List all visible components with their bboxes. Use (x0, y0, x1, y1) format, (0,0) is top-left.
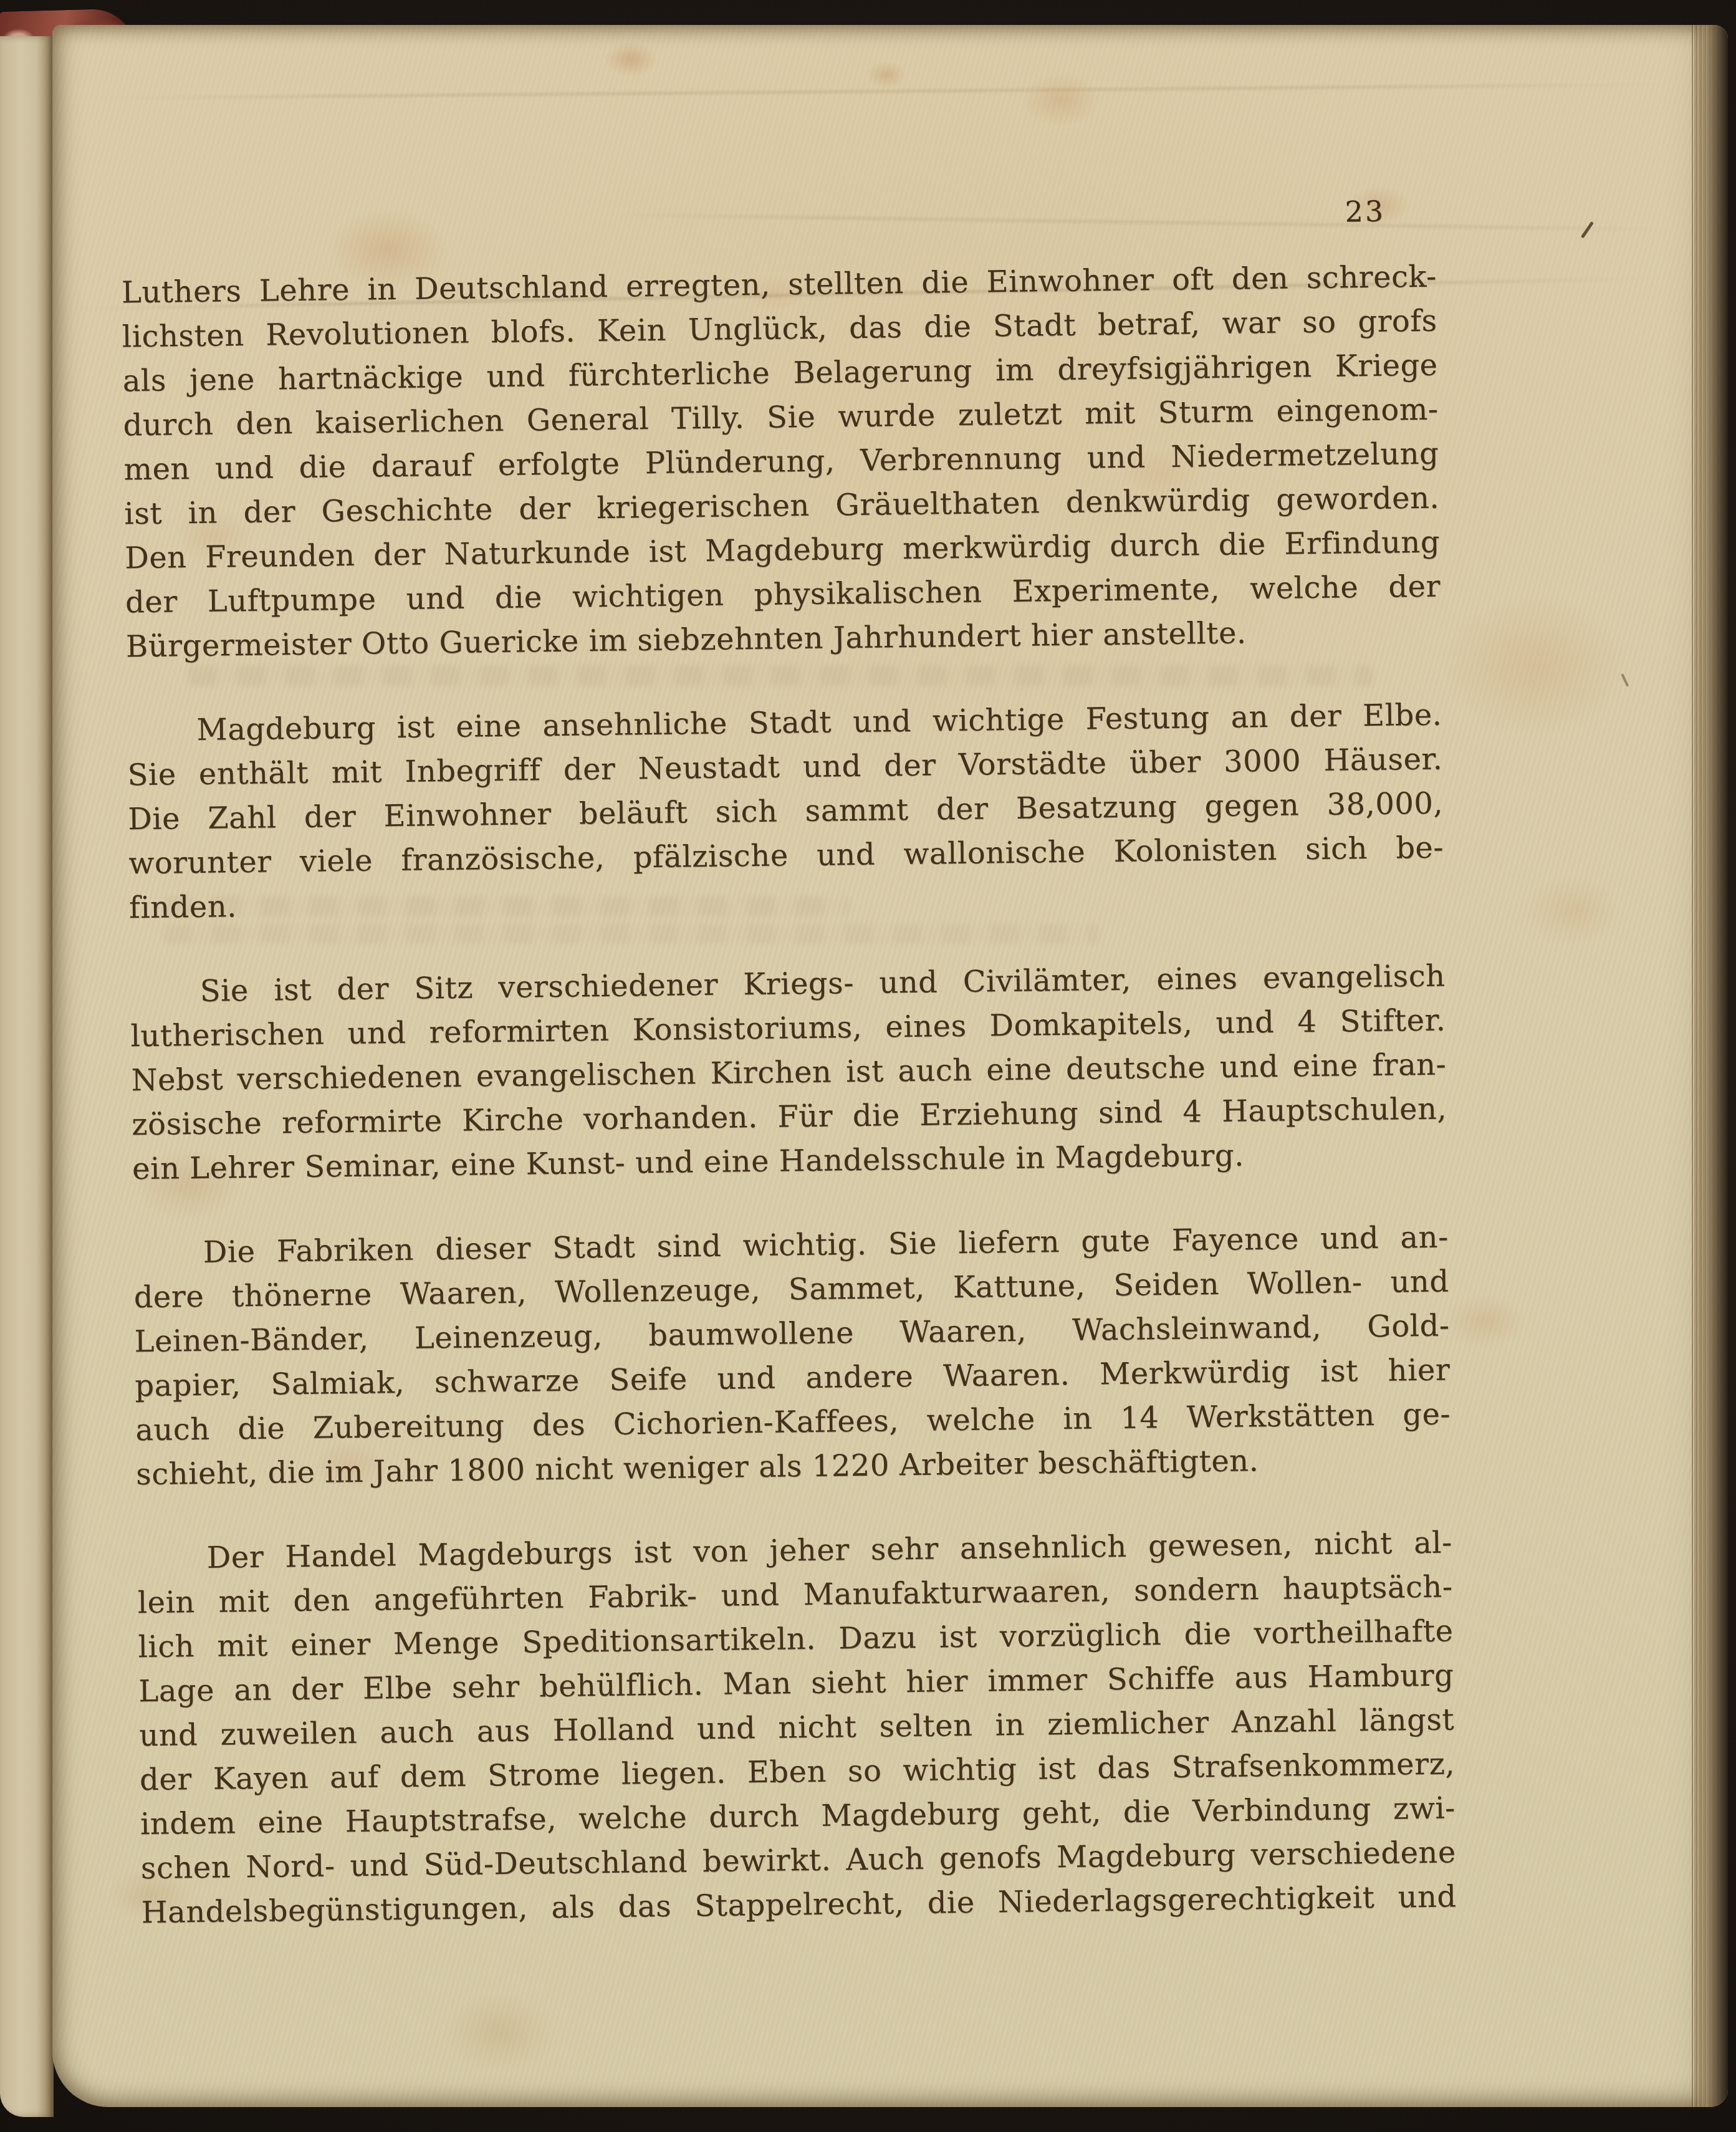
stray-ink-mark (1581, 221, 1594, 239)
paragraph: Der Handel Magdeburgs ist von jeher sehr… (137, 1521, 1457, 1936)
stray-ink-mark (1621, 673, 1629, 687)
paragraph: Die Fabriken dieser Stadt sind wichtig. … (133, 1216, 1451, 1497)
paragraph: Luthers Lehre in Deutschland erregten, s… (122, 255, 1442, 670)
scan-canvas: 23 Luthers Lehre in Deutschland erregten… (0, 0, 1736, 2132)
page-fore-edge-stack (1692, 25, 1728, 2107)
page-number: 23 (1345, 194, 1385, 229)
printed-text-layer: 23 Luthers Lehre in Deutschland erregten… (40, 14, 1736, 2117)
book-page: 23 Luthers Lehre in Deutschland erregten… (52, 25, 1728, 2107)
text-block: Luthers Lehre in Deutschland erregten, s… (122, 255, 1457, 1936)
paragraph: Sie ist der Sitz verschiedener Kriegs- u… (130, 954, 1447, 1192)
paragraph: Magdeburg ist eine ansehnliche Stadt und… (127, 693, 1444, 931)
